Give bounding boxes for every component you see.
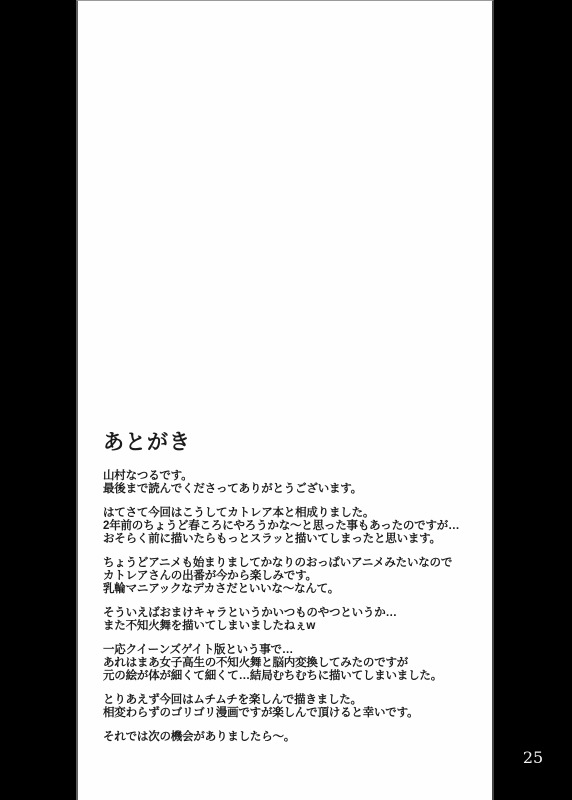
text-line: 乳輪マニアックなデカさだといいな〜なんて。	[103, 583, 473, 596]
right-black-margin: 25	[494, 0, 572, 800]
text-line: おそらく前に描いたらもっとスラッと描いてしまったと思います。	[103, 533, 473, 546]
paragraph: とりあえず今回はムチムチを楽しんで描きました。 相変わらずのゴリゴリ漫画ですが楽…	[103, 694, 473, 720]
text-line: 相変わらずのゴリゴリ漫画ですが楽しんで頂けると幸いです。	[103, 707, 473, 720]
document-page: あとがき 山村なつるです。 最後まで読んでくださってありがとうございます。 はて…	[76, 0, 494, 800]
text-line: とりあえず今回はムチムチを楽しんで描きました。	[103, 694, 473, 707]
scanned-page-spread: あとがき 山村なつるです。 最後まで読んでくださってありがとうございます。 はて…	[0, 0, 572, 800]
text-line: また不知火舞を描いてしまいましたねぇw	[103, 620, 473, 633]
paragraph: ちょうどアニメも始まりましてかなりのおっぱいアニメみたいなので カトレアさんの出…	[103, 557, 473, 596]
paragraph: はてさて今回はこうしてカトレア本と相成りました。 2年前のちょうど春ころにやろう…	[103, 507, 473, 546]
paragraph: 山村なつるです。 最後まで読んでくださってありがとうございます。	[103, 470, 473, 496]
text-line: はてさて今回はこうしてカトレア本と相成りました。	[103, 507, 473, 520]
page-number: 25	[494, 748, 572, 767]
paragraph: そういえばおまけキャラというかいつものやつというか… また不知火舞を描いてしまい…	[103, 607, 473, 633]
text-line: ちょうどアニメも始まりましてかなりのおっぱいアニメみたいなので	[103, 557, 473, 570]
paragraph: それでは次の機会がありましたら〜。	[103, 731, 473, 744]
afterword-section: あとがき 山村なつるです。 最後まで読んでくださってありがとうございます。 はて…	[103, 430, 473, 755]
text-line: 山村なつるです。	[103, 470, 473, 483]
text-line: 一応クイーンズゲイト版という事で…	[103, 644, 473, 657]
text-line: カトレアさんの出番が今から楽しみです。	[103, 570, 473, 583]
text-line: そういえばおまけキャラというかいつものやつというか…	[103, 607, 473, 620]
paragraph: 一応クイーンズゲイト版という事で… あれはまあ女子高生の不知火舞と脳内変換してみ…	[103, 644, 473, 683]
text-line: 最後まで読んでくださってありがとうございます。	[103, 483, 473, 496]
afterword-title: あとがき	[103, 430, 473, 456]
left-black-margin	[0, 0, 76, 800]
text-line: 2年前のちょうど春ころにやろうかな〜と思った事もあったのですが…	[103, 520, 473, 533]
text-line: それでは次の機会がありましたら〜。	[103, 731, 473, 744]
text-line: 元の絵が体が細くて細くて…結局むちむちに描いてしまいました。	[103, 670, 473, 683]
text-line: あれはまあ女子高生の不知火舞と脳内変換してみたのですが	[103, 657, 473, 670]
